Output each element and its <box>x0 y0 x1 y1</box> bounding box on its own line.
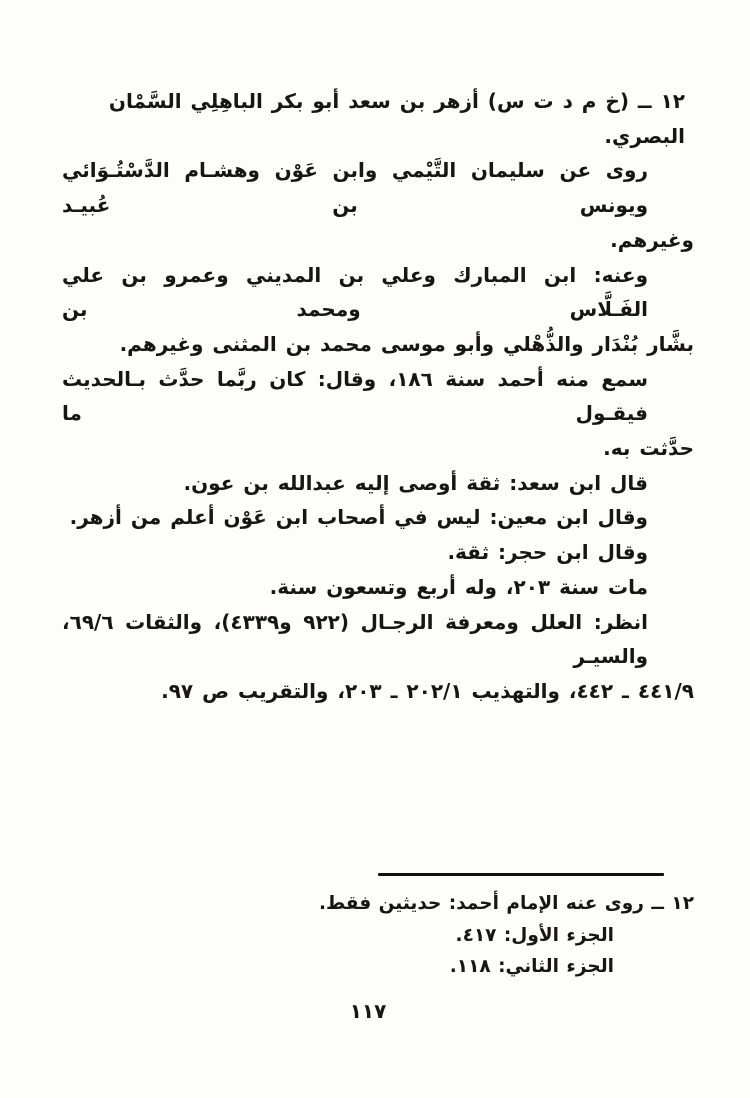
book-page: ١٢ ــ (خ م د ت س) أزهر بن سعد أبو بكر ال… <box>0 0 750 1098</box>
entry-body-line: حدَّثت به. <box>62 431 694 466</box>
entry-text-block: ١٢ ــ (خ م د ت س) أزهر بن سعد أبو بكر ال… <box>62 84 694 709</box>
entry-body-line: وغيرهم. <box>62 223 694 258</box>
entry-body-line: روى عن سليمان التَّيْمي وابن عَوْن وهشـا… <box>62 153 694 222</box>
entry-heading-line: ١٢ ــ (خ م د ت س) أزهر بن سعد أبو بكر ال… <box>62 84 694 153</box>
entry-body-line: قال ابن سعد: ثقة أوصى إليه عبدالله بن عو… <box>62 466 694 501</box>
footnote-line: الجزء الأول: ٤١٧. <box>62 920 694 952</box>
entry-body-line: مات سنة ٢٠٣، وله أربع وتسعون سنة. <box>62 570 694 605</box>
entry-body-line: بشَّار بُنْدَار والذُّهْلي وأبو موسى محم… <box>62 327 694 362</box>
footnote-block: ١٢ ــ روى عنه الإمام أحمد: حديثين فقط. ا… <box>62 888 694 983</box>
footnote-line: الجزء الثاني: ١١٨. <box>62 951 694 983</box>
entry-body-line: سمع منه أحمد سنة ١٨٦، وقال: كان ربَّما ح… <box>62 362 694 431</box>
footnote-separator <box>378 873 664 876</box>
entry-references-line: ٤٤١/٩ ـ ٤٤٢، والتهذيب ٢٠٢/١ ـ ٢٠٣، والتق… <box>62 674 694 709</box>
footnote-line: ١٢ ــ روى عنه الإمام أحمد: حديثين فقط. <box>62 888 694 920</box>
entry-body-line: وقال ابن معين: ليس في أصحاب ابن عَوْن أع… <box>62 500 694 535</box>
page-number: ١١٧ <box>0 999 736 1023</box>
entry-body-line: وعنه: ابن المبارك وعلي بن المديني وعمرو … <box>62 258 694 327</box>
entry-body-line: وقال ابن حجر: ثقة. <box>62 535 694 570</box>
entry-references-line: انظر: العلل ومعرفة الرجـال (٩٢٢ و٤٣٣٩)، … <box>62 605 694 674</box>
